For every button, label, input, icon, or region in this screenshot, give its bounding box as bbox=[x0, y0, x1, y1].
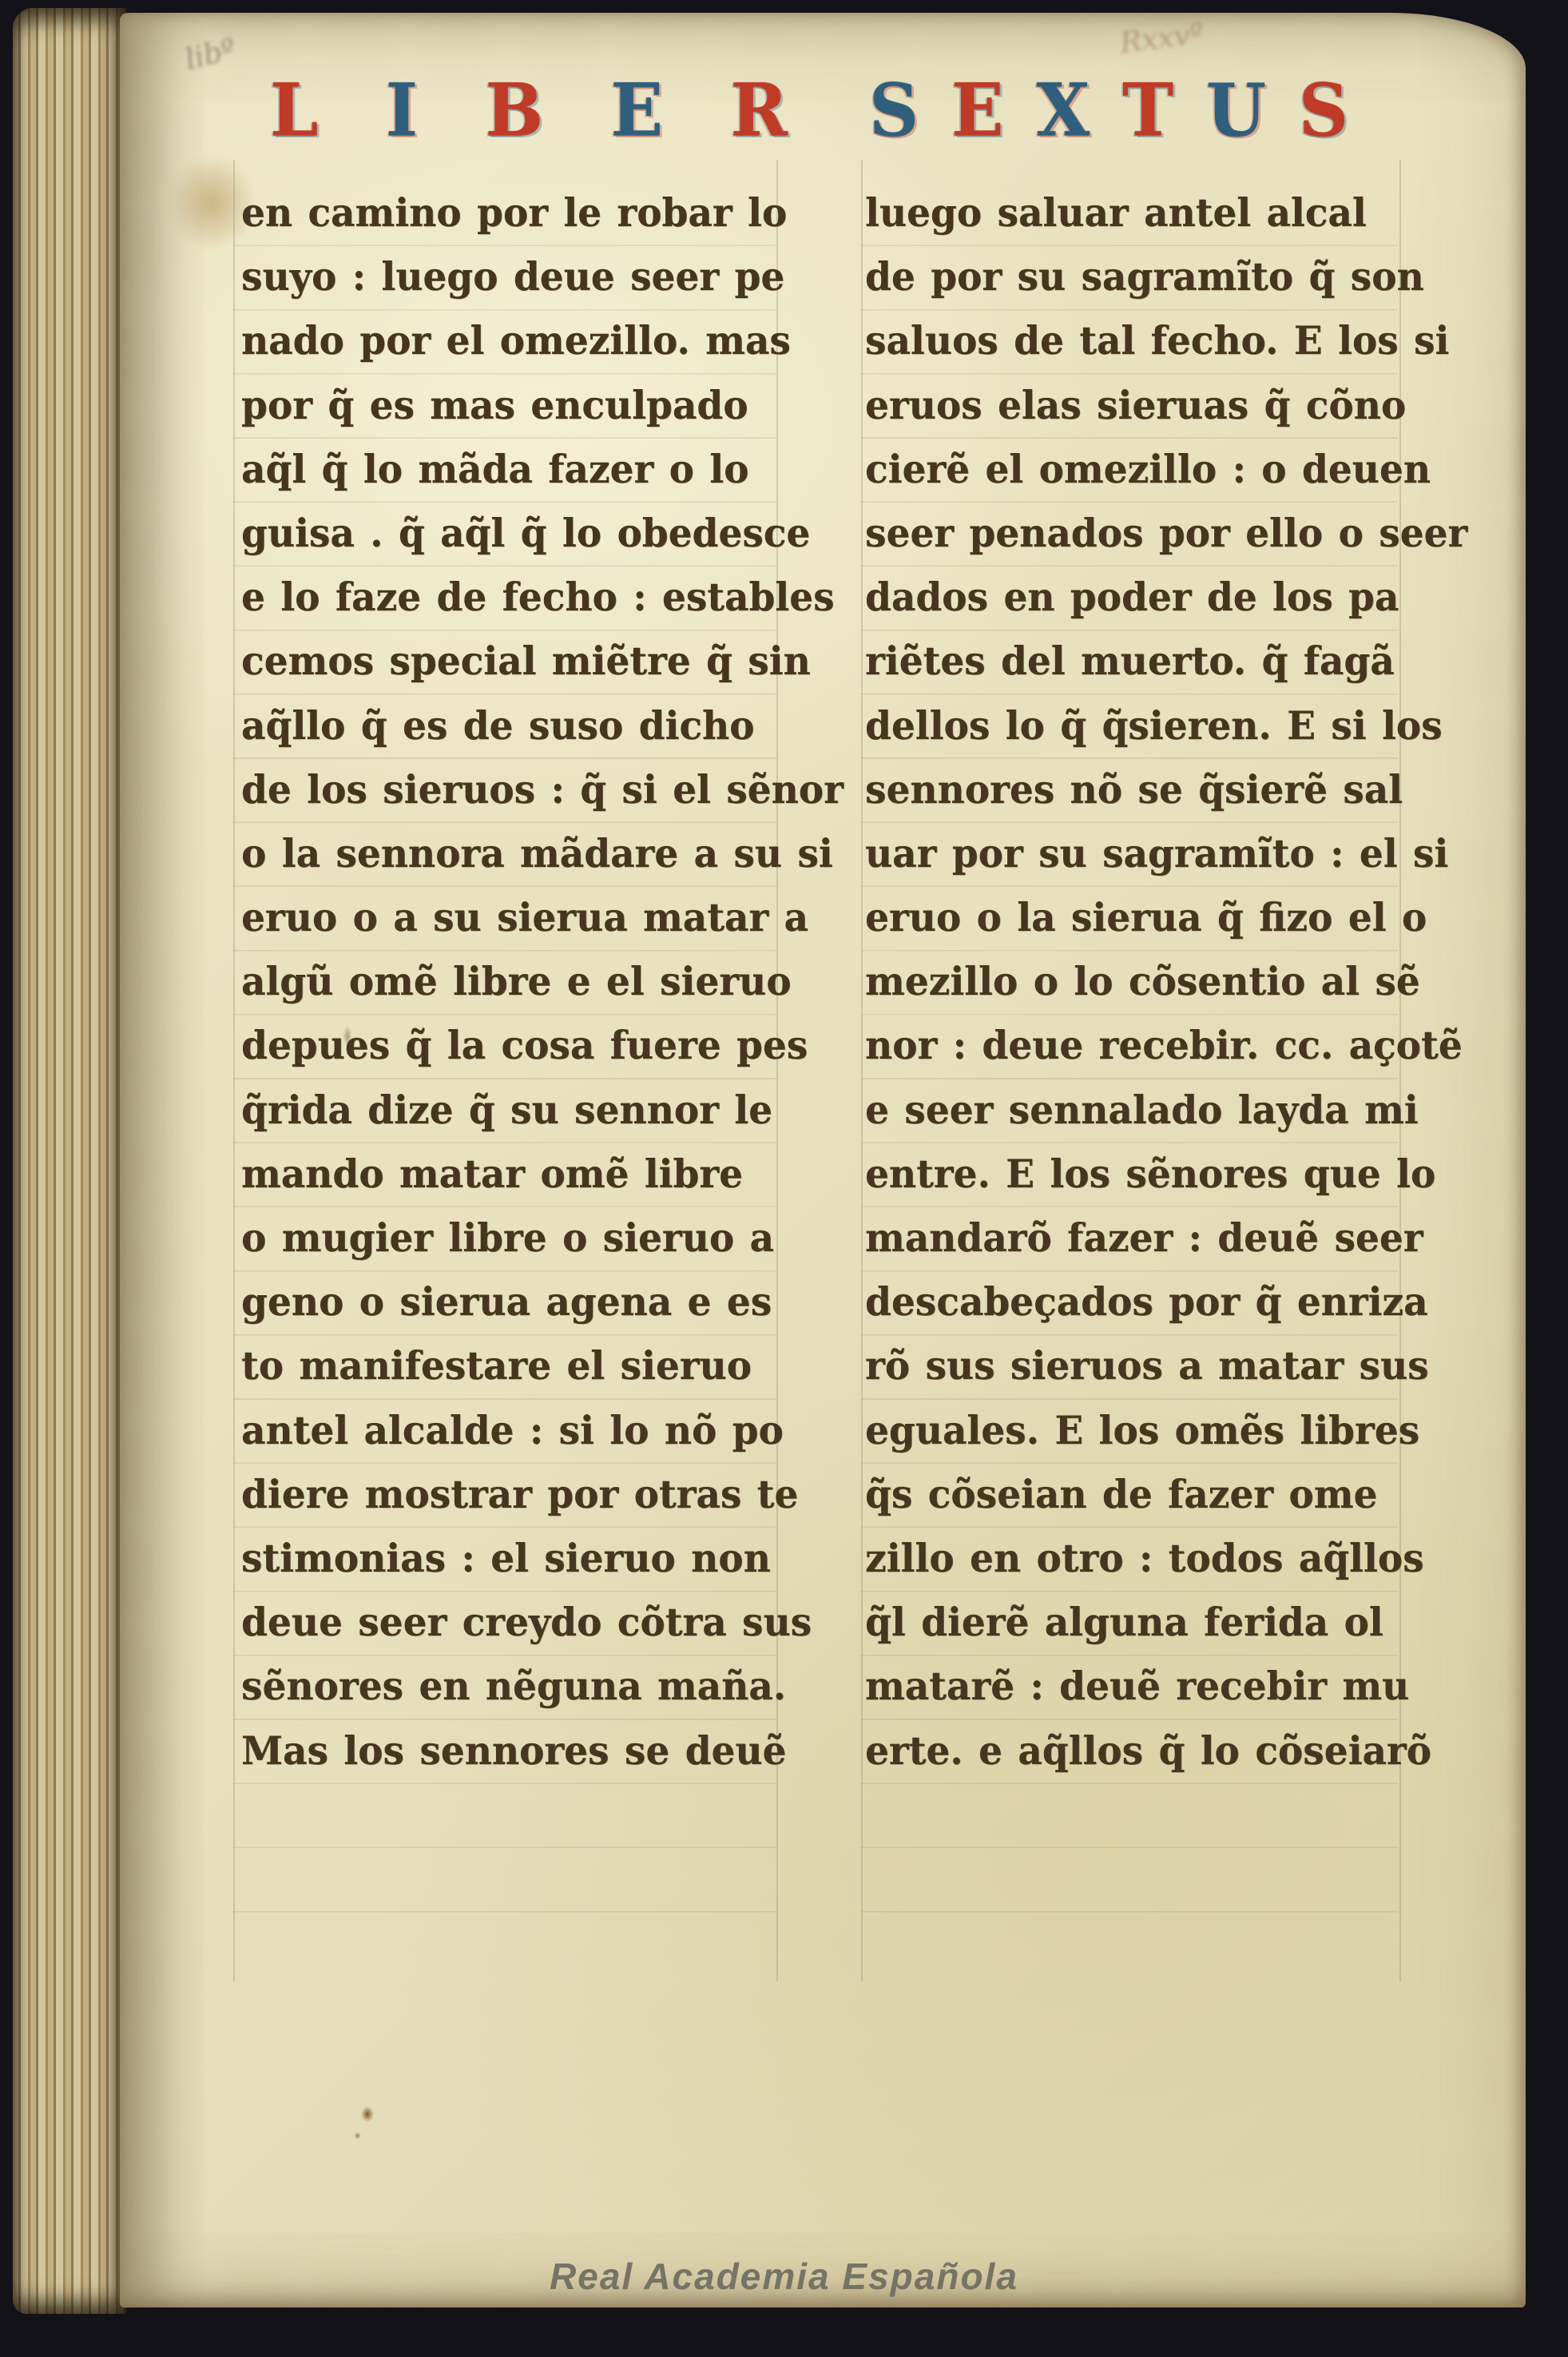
text-line: aq̃l q̃ lo mãda fazer o lo bbox=[241, 437, 778, 503]
manuscript-photo: libº Rxxvº LIBER SEXTUS en camino por le… bbox=[0, 0, 1568, 2357]
text-line: saluos de tal fecho. E los si bbox=[865, 308, 1402, 375]
header-word-liber: LIBER bbox=[270, 77, 788, 145]
illuminated-letter: B bbox=[485, 74, 543, 147]
text-line: antel alcalde : si lo nõ po bbox=[241, 1398, 778, 1465]
text-line: algũ omẽ libre e el sieruo bbox=[241, 949, 778, 1016]
text-line: dados en poder de los pa bbox=[865, 565, 1402, 631]
illuminated-letter: S bbox=[1299, 74, 1348, 147]
text-line: dellos lo q̃ q̃sieren. E si los bbox=[865, 694, 1402, 760]
text-line: luego saluar antel alcal bbox=[865, 181, 1402, 247]
text-line: Mas los sennores se deuẽ bbox=[241, 1719, 778, 1785]
text-line: cierẽ el omezillo : o deuen bbox=[865, 437, 1402, 503]
illuminated-letter: S bbox=[869, 74, 919, 147]
text-line: o mugier libre o sieruo a bbox=[241, 1206, 778, 1272]
text-line: nor : deue recebir. cc. açotẽ bbox=[865, 1013, 1402, 1079]
text-line: zillo en otro : todos aq̃llos bbox=[865, 1526, 1402, 1592]
text-line: q̃rida dize q̃ su sennor le bbox=[241, 1078, 778, 1144]
text-line: diere mostrar por otras te bbox=[241, 1462, 778, 1528]
text-line: rõ sus sieruos a matar sus bbox=[865, 1334, 1402, 1400]
text-line: aq̃llo q̃ es de suso dicho bbox=[241, 694, 778, 760]
text-line: mando matar omẽ libre bbox=[241, 1142, 778, 1208]
text-line: eruos elas sieruas q̃ cõno bbox=[865, 373, 1402, 439]
text-column-left: en camino por le robar losuyo : luego de… bbox=[241, 181, 778, 1783]
text-line: q̃l dierẽ alguna ferida ol bbox=[865, 1590, 1402, 1656]
text-line: depues q̃ la cosa fuere pes bbox=[241, 1013, 778, 1079]
parchment-spot bbox=[354, 2132, 361, 2140]
text-line: eruo o a su sierua matar a bbox=[241, 885, 778, 952]
text-line: de los sieruos : q̃ si el sẽnor bbox=[241, 757, 778, 824]
text-line: q̃s cõseian de fazer ome bbox=[865, 1462, 1402, 1528]
text-line: cemos special miẽtre q̃ sin bbox=[241, 629, 778, 695]
text-line: sennores nõ se q̃sierẽ sal bbox=[865, 757, 1402, 824]
text-line: mandarõ fazer : deuẽ seer bbox=[865, 1206, 1402, 1272]
header-word-sextus: SEXTUS bbox=[869, 77, 1348, 145]
text-line: matarẽ : deuẽ recebir mu bbox=[865, 1654, 1402, 1720]
text-line: mezillo o lo cõsentio al sẽ bbox=[865, 949, 1402, 1016]
parchment-spot bbox=[361, 2106, 374, 2122]
text-line: descabeçados por q̃ enriza bbox=[865, 1270, 1402, 1336]
text-line: nado por el omezillo. mas bbox=[241, 308, 778, 375]
text-line: eguales. E los omẽs libres bbox=[865, 1398, 1402, 1465]
text-line: o la sennora mãdare a su si bbox=[241, 821, 778, 888]
text-line: entre. E los sẽnores que lo bbox=[865, 1142, 1402, 1208]
text-line: uar por su sagramĩto : el si bbox=[865, 821, 1402, 888]
text-line: geno o sierua agena e es bbox=[241, 1270, 778, 1336]
parchment-spot bbox=[343, 1026, 351, 1047]
illuminated-letter: E bbox=[611, 74, 664, 147]
book-page-stack-edge bbox=[13, 8, 126, 2314]
text-line: guisa . q̃ aq̃l q̃ lo obedesce bbox=[241, 501, 778, 567]
text-line: suyo : luego deue seer pe bbox=[241, 244, 778, 311]
text-line: de por su sagramĩto q̃ son bbox=[865, 244, 1402, 311]
illuminated-letter: T bbox=[1122, 74, 1173, 147]
illuminated-letter: E bbox=[951, 74, 1004, 147]
text-line: to manifestare el sieruo bbox=[241, 1334, 778, 1400]
text-line: e lo faze de fecho : estables bbox=[241, 565, 778, 631]
text-column-right: luego saluar antel alcalde por su sagram… bbox=[865, 181, 1402, 1783]
text-line: en camino por le robar lo bbox=[241, 181, 778, 247]
watermark-text: Real Academia Española bbox=[0, 2255, 1568, 2298]
text-line: deue seer creydo cõtra sus bbox=[241, 1590, 778, 1656]
ruling-vertical-line bbox=[233, 160, 235, 1981]
illuminated-letter: X bbox=[1036, 74, 1090, 147]
text-line: por q̃ es mas enculpado bbox=[241, 373, 778, 439]
text-line: sẽnores en nẽguna maña. bbox=[241, 1654, 778, 1720]
text-line: riẽtes del muerto. q̃ fagã bbox=[865, 629, 1402, 695]
text-line: e seer sennalado layda mi bbox=[865, 1078, 1402, 1144]
illuminated-letter: I bbox=[386, 74, 418, 147]
ruling-vertical-line bbox=[861, 160, 863, 1981]
illuminated-letter: R bbox=[730, 74, 787, 147]
illuminated-letter: L bbox=[270, 74, 318, 147]
text-line: stimonias : el sieruo non bbox=[241, 1526, 778, 1592]
text-line: erte. e aq̃llos q̃ lo cõseiarõ bbox=[865, 1719, 1402, 1785]
text-line: seer penados por ello o seer bbox=[865, 501, 1402, 567]
text-line: eruo o la sierua q̃ fizo el o bbox=[865, 885, 1402, 952]
illuminated-letter: U bbox=[1206, 74, 1266, 147]
